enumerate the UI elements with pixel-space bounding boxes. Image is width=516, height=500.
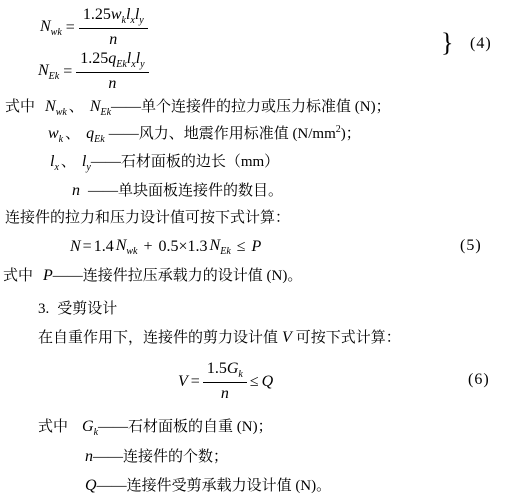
math-variable: n <box>109 31 117 48</box>
coefficient: 0.5×1.3 <box>159 238 208 256</box>
fraction: 1.25wklxly n <box>79 6 148 49</box>
math-variable: P <box>43 267 53 284</box>
equals-sign: = <box>66 19 75 37</box>
math-subscript: wk <box>126 246 137 257</box>
where-description: ——风力、地震作用标准值 (N/mm <box>109 126 336 142</box>
math-subscript: wk <box>56 107 67 118</box>
where-description: ——单块面板连接件的数目。 <box>88 183 283 199</box>
math-subscript: Ek <box>94 134 105 145</box>
coefficient: 1.5 <box>207 360 227 377</box>
where-clause-4: 式中Nwk、NEk——单个连接件的拉力或压力标准值 (N)； <box>5 97 391 118</box>
math-term: NEk <box>210 237 231 257</box>
fraction: 1.25qEklxly n <box>76 50 148 93</box>
where-prefix: 式中 <box>3 268 33 284</box>
math-subscript: Ek <box>220 246 231 257</box>
where-description: ——连接件的个数； <box>93 449 228 465</box>
math-variable: N <box>38 62 49 79</box>
equation-lhs: NEk <box>38 62 59 82</box>
math-variable: q <box>86 125 94 142</box>
math-subscript: Ek <box>49 71 60 82</box>
fraction-numerator: 1.25wklxly <box>79 6 148 29</box>
where-clause-5: 式中P——连接件拉压承载力的设计值 (N)。 <box>3 266 302 286</box>
math-subscript: k <box>238 369 242 380</box>
paragraph-shear-design: 在自重作用下，连接件的剪力设计值V可按下式计算： <box>38 328 401 348</box>
where-description: ——单个连接件的拉力或压力标准值 (N)； <box>111 99 391 115</box>
where-prefix: 式中 <box>5 99 35 115</box>
math-variable: N <box>70 238 81 256</box>
math-subscript: Ek <box>100 107 111 118</box>
math-variable: w <box>111 6 122 23</box>
math-variable: n <box>72 182 80 199</box>
list-separator: 、 <box>61 154 76 170</box>
math-variable: N <box>40 18 51 35</box>
document-page: Nwk = 1.25wklxly n NEk = 1.25qEklxly n }… <box>0 0 516 500</box>
equation-4-label: (4) <box>470 35 492 53</box>
fraction: 1.5Gk n <box>203 360 247 403</box>
math-variable: P <box>252 238 262 256</box>
math-term: Nwk <box>116 237 138 257</box>
math-subscript: Ek <box>116 59 127 70</box>
fraction-numerator: 1.5Gk <box>203 360 247 383</box>
math-variable: N <box>45 98 56 115</box>
equation-4-line-1: Nwk = 1.25wklxly n <box>40 6 148 49</box>
math-variable: n <box>85 448 93 465</box>
math-subscript: x <box>54 162 58 173</box>
equals-sign: = <box>83 238 92 256</box>
math-variable: G <box>227 360 239 377</box>
equation-5: N=1.4Nwk + 0.5×1.3NEk ≤ P <box>70 237 261 257</box>
equation-6-label: (6) <box>468 371 490 389</box>
math-variable: Q <box>262 373 274 391</box>
fraction-numerator: 1.25qEklxly <box>76 50 148 73</box>
section-3-heading: 3.受剪设计 <box>38 299 117 319</box>
equation-4-brace: } <box>441 30 453 56</box>
math-variable: N <box>116 237 127 254</box>
coefficient: 1.4 <box>94 238 114 256</box>
paragraph-force-design: 连接件的拉力和压力设计值可按下式计算： <box>5 208 290 228</box>
less-equal-sign: ≤ <box>237 238 246 256</box>
where-description: ——石材面板的边长（mm） <box>91 154 279 170</box>
equation-lhs: Nwk <box>40 18 62 38</box>
math-variable: N <box>90 98 101 115</box>
section-number: 3. <box>38 301 49 317</box>
math-variable: w <box>48 125 59 142</box>
equation-5-label: (5) <box>460 237 482 255</box>
coefficient: 1.25 <box>83 6 111 23</box>
coefficient: 1.25 <box>80 50 108 67</box>
math-variable: G <box>82 418 94 435</box>
where-prefix: 式中 <box>38 419 68 435</box>
where-description: )； <box>341 126 361 142</box>
where-clause-6a: 式中Gk——石材面板的自重 (N)； <box>38 417 273 438</box>
math-variable: Q <box>85 477 97 494</box>
math-variable: n <box>221 385 229 402</box>
plus-sign: + <box>143 238 152 256</box>
math-variable: V <box>178 373 188 391</box>
math-subscript: y <box>140 59 144 70</box>
where-description: ——石材面板的自重 (N)； <box>98 419 273 435</box>
equals-sign: = <box>191 373 200 391</box>
list-separator: 、 <box>65 126 80 142</box>
fraction-denominator: n <box>108 73 116 93</box>
where-description: ——连接件拉压承载力的设计值 (N)。 <box>53 268 303 284</box>
math-subscript: k <box>59 134 63 145</box>
math-variable: V <box>282 329 292 346</box>
equals-sign: = <box>63 63 72 81</box>
math-variable: n <box>108 75 116 92</box>
less-equal-sign: ≤ <box>250 373 259 391</box>
paragraph-text: 可按下式计算： <box>296 330 401 346</box>
section-title: 受剪设计 <box>57 301 117 317</box>
where-clause-6b: n——连接件的个数； <box>85 447 228 467</box>
math-variable: N <box>210 237 221 254</box>
equation-6: V= 1.5Gk n ≤ Q <box>178 360 273 403</box>
list-separator: 、 <box>69 99 84 115</box>
where-clause-4d: n——单块面板连接件的数目。 <box>64 181 283 201</box>
math-subscript: wk <box>51 27 62 38</box>
paragraph-text: 在自重作用下，连接件的剪力设计值 <box>38 330 278 346</box>
fraction-denominator: n <box>109 29 117 49</box>
equation-4-line-2: NEk = 1.25qEklxly n <box>38 50 149 93</box>
where-clause-6c: Q——连接件受剪承载力设计值 (N)。 <box>85 476 331 496</box>
fraction-denominator: n <box>221 383 229 403</box>
where-description: ——连接件受剪承载力设计值 (N)。 <box>97 478 332 494</box>
where-clause-4c: lx、ly——石材面板的边长（mm） <box>50 152 279 173</box>
where-clause-4b: wk、qEk——风力、地震作用标准值 (N/mm2)； <box>48 124 361 145</box>
math-subscript: y <box>139 15 143 26</box>
